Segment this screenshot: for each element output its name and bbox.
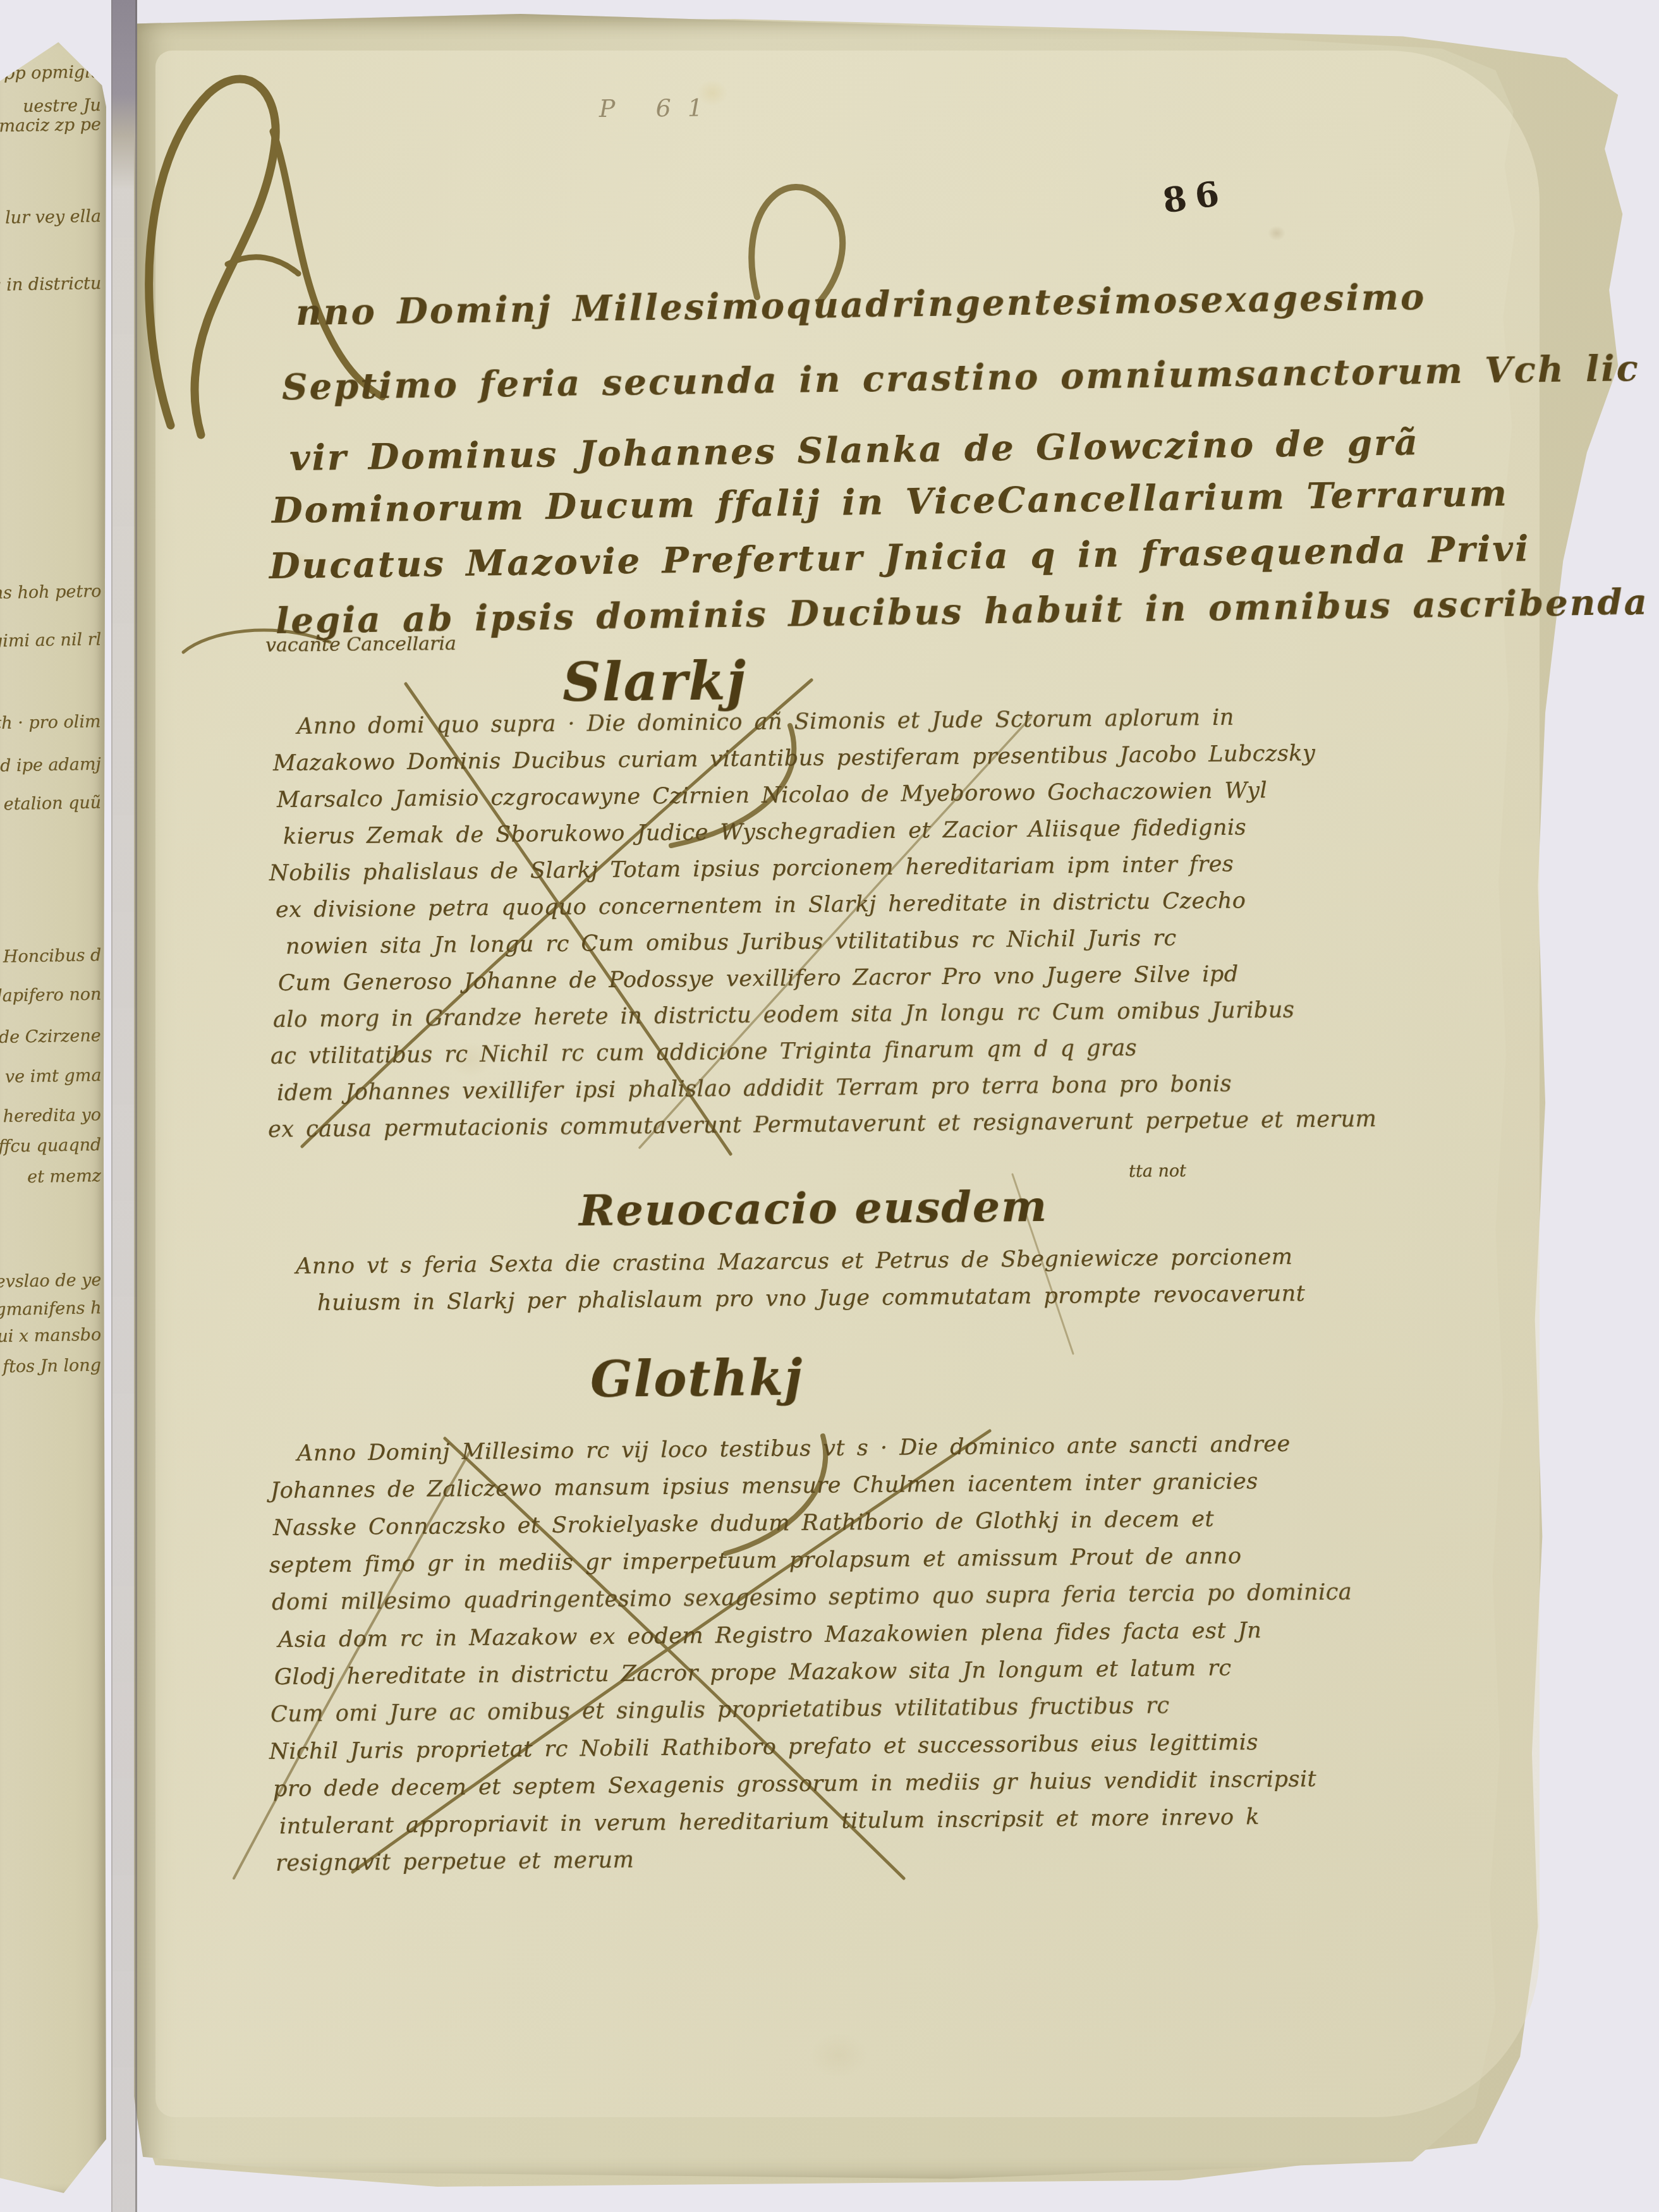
left-fragment: lur vey ella — [5, 207, 101, 228]
left-fragment: d ipe adamj — [0, 755, 101, 776]
vacante-note: vacante Cancellaria — [265, 633, 456, 657]
left-fragment: ucchis in districtu — [0, 274, 101, 296]
entry-line: resignavit perpetue et merum — [276, 1848, 635, 1876]
left-page-edge: ſkij pp opmigiu uestre Ju dmaciz zp pe l… — [0, 38, 106, 2193]
left-fragment: dui x mansbo — [0, 1325, 101, 1346]
glass-retaining-rod — [111, 0, 137, 2212]
left-fragment: kozan Honcibus d — [0, 945, 101, 968]
left-fragment: ſkij pp opmigiu — [0, 62, 101, 84]
left-fragment: yen gmanifens h — [0, 1298, 101, 1320]
section-heading: Glothkj — [590, 1349, 804, 1409]
left-fragment: et memz — [27, 1166, 101, 1187]
left-fragment: cplins hoh petro — [0, 581, 101, 604]
left-fragment: e etalion quũ — [0, 793, 101, 814]
left-fragment: t omj ffcu quaqnd — [0, 1135, 101, 1157]
left-fragment: lauze ve imt gma — [0, 1066, 101, 1088]
section-heading: Slarkj — [562, 649, 748, 714]
manuscript-photo: ſkij pp opmigiu uestre Ju dmaciz zp pe l… — [0, 0, 1659, 2212]
left-fragment: alith · pro olim — [0, 712, 101, 734]
notarial-mark: tta not — [1129, 1161, 1186, 1181]
pencil-annotation: P 61 — [599, 94, 719, 123]
left-fragment: haluze dapifero non — [0, 985, 101, 1007]
left-fragment: regimi ac nil rl — [0, 629, 101, 652]
left-fragment: a heredita yo — [0, 1105, 101, 1126]
left-fragment: dmaciz zp pe — [0, 114, 101, 136]
section-heading: Reuocacio eusdem — [579, 1181, 1048, 1236]
left-fragment: ftos Jn long — [3, 1356, 101, 1377]
left-fragment: oms devslao de ye — [0, 1270, 101, 1292]
left-fragment: kre de Czirzene — [0, 1026, 101, 1048]
left-fragment: uestre Ju — [23, 95, 101, 116]
